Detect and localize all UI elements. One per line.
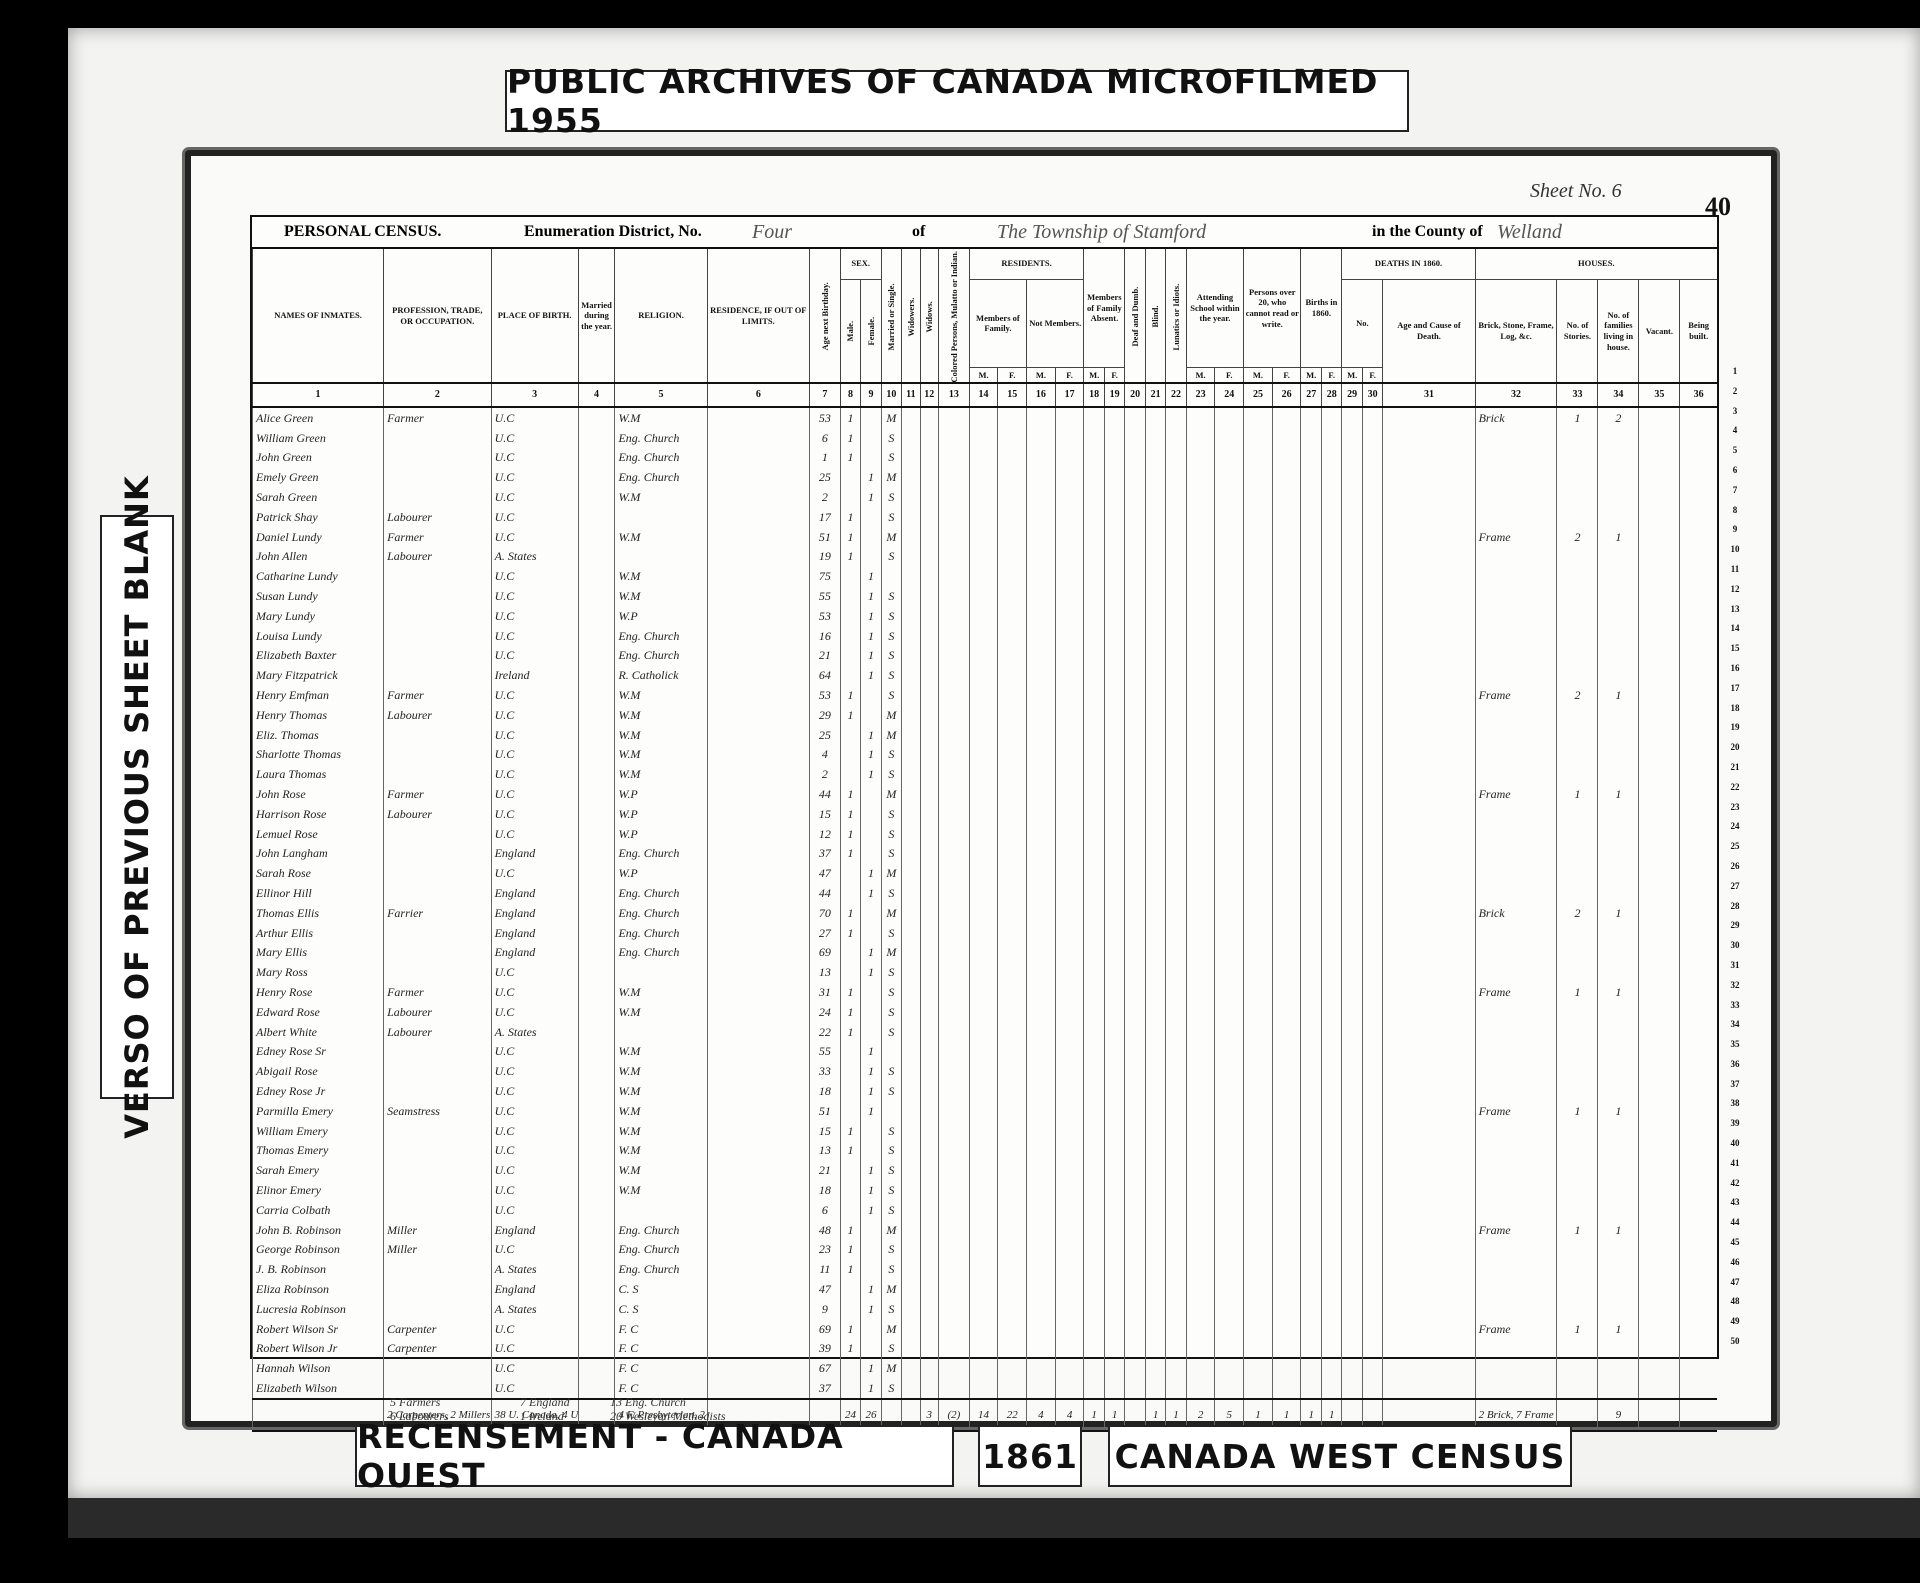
blank-cell [920, 1082, 938, 1102]
birthplace-cell: England [491, 1220, 578, 1240]
married-year-cell [578, 1319, 615, 1339]
blank-cell [1125, 507, 1145, 527]
blank-cell [1027, 1181, 1056, 1201]
female-cell: 1 [861, 1161, 881, 1181]
female-cell: 1 [861, 666, 881, 686]
occupation-cell [384, 1161, 492, 1181]
families-cell [1598, 1240, 1639, 1260]
occupation-cell: Farmer [384, 407, 492, 428]
blank-cell [969, 785, 998, 805]
house-type-cell: Frame [1475, 785, 1557, 805]
vacant-cell [1639, 804, 1680, 824]
blank-cell [1186, 785, 1215, 805]
religion-cell: Eng. Church [615, 1220, 707, 1240]
table-row: Laura ThomasU.CW.M21S [253, 765, 1718, 785]
male-cell [840, 1161, 860, 1181]
house-type-cell: Brick [1475, 903, 1557, 923]
being-built-cell [1680, 1359, 1717, 1379]
married-year-cell [578, 1141, 615, 1161]
blank-cell [1383, 606, 1475, 626]
blank-cell [1125, 1121, 1145, 1141]
blank-cell [1301, 1161, 1321, 1181]
blank-cell [1145, 983, 1165, 1003]
blank-cell [1186, 1200, 1215, 1220]
blank-cell [1383, 923, 1475, 943]
being-built-cell [1680, 1260, 1717, 1280]
blank-cell [1272, 1260, 1301, 1280]
blank-cell [1186, 567, 1215, 587]
blank-cell [902, 1319, 920, 1339]
female-cell: 1 [861, 1359, 881, 1379]
age-cell: 51 [810, 1101, 841, 1121]
blank-cell [902, 844, 920, 864]
occupation-cell [384, 963, 492, 983]
blank-cell [1104, 686, 1124, 706]
marital-status-cell: S [881, 884, 901, 904]
blank-cell [1104, 903, 1124, 923]
blank-cell [920, 1379, 938, 1400]
blank-cell [920, 407, 938, 428]
house-type-cell [1475, 1339, 1557, 1359]
header-f: F. [1104, 367, 1124, 383]
blank-cell [1215, 983, 1244, 1003]
blank-cell [1321, 1339, 1341, 1359]
residence-cell [707, 587, 809, 607]
occupation-cell: Seamstress [384, 1101, 492, 1121]
blank-cell [998, 804, 1027, 824]
blank-cell [1145, 884, 1165, 904]
birthplace-cell: U.C [491, 1062, 578, 1082]
blank-cell [1342, 587, 1362, 607]
blank-cell [939, 785, 970, 805]
families-cell: 1 [1598, 903, 1639, 923]
married-year-cell [578, 1359, 615, 1379]
blank-cell [1301, 1359, 1321, 1379]
birthplace-cell: U.C [491, 686, 578, 706]
blank-cell [1125, 765, 1145, 785]
blank-cell [1104, 407, 1124, 428]
blank-cell [1104, 1299, 1124, 1319]
blank-cell [1321, 527, 1341, 547]
blank-cell [1145, 1022, 1165, 1042]
blank-cell [998, 428, 1027, 448]
blank-cell [1321, 1002, 1341, 1022]
blank-cell [1166, 606, 1186, 626]
residence-cell [707, 1022, 809, 1042]
religion-cell: W.M [615, 725, 707, 745]
stories-cell [1557, 1339, 1598, 1359]
row-number: 40 [1715, 1134, 1755, 1154]
age-cell: 2 [810, 488, 841, 508]
families-cell: 2 [1598, 407, 1639, 428]
blank-cell [1125, 785, 1145, 805]
birthplace-cell: U.C [491, 448, 578, 468]
families-cell [1598, 963, 1639, 983]
blank-cell [920, 1121, 938, 1141]
residence-cell [707, 1141, 809, 1161]
blank-cell [1383, 844, 1475, 864]
blank-cell [902, 1161, 920, 1181]
blank-cell [1383, 666, 1475, 686]
blank-cell [1301, 943, 1321, 963]
male-cell: 1 [840, 527, 860, 547]
blank-cell [1321, 923, 1341, 943]
row-number: 44 [1715, 1213, 1755, 1233]
marital-status-cell: M [881, 785, 901, 805]
person-name-cell: Emely Green [253, 468, 384, 488]
blank-cell [1244, 745, 1273, 765]
blank-cell [1186, 488, 1215, 508]
blank-cell [1084, 864, 1104, 884]
blank-cell [1104, 1339, 1124, 1359]
blank-cell [1244, 686, 1273, 706]
male-cell [840, 725, 860, 745]
blank-cell [1215, 923, 1244, 943]
blank-cell [920, 1280, 938, 1300]
column-number: 19 [1104, 383, 1124, 407]
total-families: 9 [1598, 1399, 1639, 1431]
residence-cell [707, 1200, 809, 1220]
blank-cell [920, 884, 938, 904]
blank-cell [1321, 666, 1341, 686]
blank-cell [1186, 507, 1215, 527]
female-cell: 1 [861, 468, 881, 488]
blank-cell [969, 1319, 998, 1339]
marital-status-cell: M [881, 864, 901, 884]
blank-cell [920, 804, 938, 824]
blank-cell [1166, 1319, 1186, 1339]
married-year-cell [578, 1260, 615, 1280]
blank-cell [939, 1002, 970, 1022]
blank-cell [998, 606, 1027, 626]
blank-cell [1362, 448, 1382, 468]
table-row: Henry RoseFarmerU.CW.M311SFrame11 [253, 983, 1718, 1003]
occupation-cell: Farmer [384, 983, 492, 1003]
blank-cell [1383, 864, 1475, 884]
blank-cell [1027, 983, 1056, 1003]
blank-cell [1301, 864, 1321, 884]
blank-cell [1027, 1022, 1056, 1042]
married-year-cell [578, 1161, 615, 1181]
blank-cell [902, 705, 920, 725]
residence-cell [707, 1101, 809, 1121]
blank-cell [902, 1141, 920, 1161]
blank-cell [1362, 725, 1382, 745]
age-cell: 6 [810, 1200, 841, 1220]
birthplace-cell: U.C [491, 507, 578, 527]
marital-status-cell: S [881, 1062, 901, 1082]
blank-cell [1383, 1121, 1475, 1141]
blank-cell [1027, 725, 1056, 745]
blank-cell [1186, 448, 1215, 468]
blank-cell [1244, 1062, 1273, 1082]
blank-cell [939, 1280, 970, 1300]
blank-cell [920, 1161, 938, 1181]
being-built-cell [1680, 587, 1717, 607]
blank-cell [1186, 1240, 1215, 1260]
blank-cell [1215, 1181, 1244, 1201]
blank-cell [920, 1260, 938, 1280]
blank-cell [1342, 626, 1362, 646]
blank-cell [1084, 1280, 1104, 1300]
blank-cell [969, 765, 998, 785]
blank-cell [1383, 448, 1475, 468]
blank-cell [902, 626, 920, 646]
blank-cell [939, 1220, 970, 1240]
blank-cell [1084, 705, 1104, 725]
blank-cell [998, 448, 1027, 468]
age-cell: 33 [810, 1062, 841, 1082]
blank-cell [998, 1339, 1027, 1359]
blank-cell [920, 1319, 938, 1339]
blank-cell [1383, 1240, 1475, 1260]
blank-cell [1383, 1181, 1475, 1201]
female-cell: 1 [861, 725, 881, 745]
blank-cell [1055, 606, 1084, 626]
birthplace-cell: U.C [491, 725, 578, 745]
male-cell [840, 1379, 860, 1400]
blank-cell [1342, 527, 1362, 547]
blank-cell [1342, 983, 1362, 1003]
blank-cell [902, 606, 920, 626]
blank-cell [920, 1359, 938, 1379]
families-cell [1598, 943, 1639, 963]
birthplace-cell: A. States [491, 1260, 578, 1280]
blank-cell [1321, 428, 1341, 448]
blank-cell [1145, 1319, 1165, 1339]
stories-cell: 1 [1557, 983, 1598, 1003]
residence-cell [707, 488, 809, 508]
blank-cell [1055, 1002, 1084, 1022]
married-year-cell [578, 567, 615, 587]
blank-cell [1084, 606, 1104, 626]
blank-cell [1321, 1121, 1341, 1141]
house-type-cell [1475, 468, 1557, 488]
blank-cell [1272, 606, 1301, 626]
blank-cell [1321, 765, 1341, 785]
blank-cell [1244, 1141, 1273, 1161]
blank-cell [1104, 923, 1124, 943]
blank-cell [1166, 923, 1186, 943]
religion-cell: W.M [615, 1161, 707, 1181]
row-number: 37 [1715, 1075, 1755, 1095]
families-cell [1598, 824, 1639, 844]
house-type-cell: Frame [1475, 686, 1557, 706]
blank-cell [1272, 448, 1301, 468]
blank-cell [969, 488, 998, 508]
blank-cell [1166, 1220, 1186, 1240]
blank-cell [1055, 844, 1084, 864]
being-built-cell [1680, 923, 1717, 943]
table-row: Louisa LundyU.CEng. Church161S [253, 626, 1718, 646]
occupation-cell: Carpenter [384, 1339, 492, 1359]
religion-cell: W.M [615, 407, 707, 428]
vacant-cell [1639, 507, 1680, 527]
stories-cell [1557, 824, 1598, 844]
blank-cell [1145, 646, 1165, 666]
age-cell: 23 [810, 1240, 841, 1260]
blank-cell [1125, 1141, 1145, 1161]
religion-cell: W.M [615, 587, 707, 607]
blank-cell [1104, 884, 1124, 904]
blank-cell [1215, 1260, 1244, 1280]
occupation-cell [384, 468, 492, 488]
blank-cell [1166, 1200, 1186, 1220]
house-type-cell [1475, 448, 1557, 468]
female-cell: 1 [861, 963, 881, 983]
blank-cell [1027, 1260, 1056, 1280]
blank-cell [939, 943, 970, 963]
blank-cell [1321, 507, 1341, 527]
blank-cell [1301, 1062, 1321, 1082]
age-cell: 15 [810, 1121, 841, 1141]
blank-cell [1055, 587, 1084, 607]
blank-cell [1166, 507, 1186, 527]
blank-cell [1027, 824, 1056, 844]
marital-status-cell: M [881, 943, 901, 963]
being-built-cell [1680, 745, 1717, 765]
blank-cell [1027, 686, 1056, 706]
blank-cell [920, 567, 938, 587]
table-row: Thomas EllisFarrierEnglandEng. Church701… [253, 903, 1718, 923]
blank-cell [1084, 1101, 1104, 1121]
residence-cell [707, 507, 809, 527]
blank-cell [1342, 844, 1362, 864]
blank-cell [1383, 725, 1475, 745]
house-type-cell [1475, 567, 1557, 587]
birthplace-cell: U.C [491, 567, 578, 587]
blank-cell [969, 407, 998, 428]
male-cell: 1 [840, 844, 860, 864]
stories-cell [1557, 428, 1598, 448]
table-row: Sarah RoseU.CW.P471M [253, 864, 1718, 884]
blank-cell [1362, 1280, 1382, 1300]
column-number: 32 [1475, 383, 1557, 407]
person-name-cell: Henry Rose [253, 983, 384, 1003]
marital-status-cell: S [881, 1141, 901, 1161]
blank-cell [1055, 1319, 1084, 1339]
male-cell [840, 1062, 860, 1082]
residence-cell [707, 884, 809, 904]
marital-status-cell: S [881, 1121, 901, 1141]
table-row: Sarah GreenU.CW.M21S [253, 488, 1718, 508]
age-cell: 15 [810, 804, 841, 824]
blank-cell [1145, 1121, 1165, 1141]
age-cell: 16 [810, 626, 841, 646]
blank-cell [1104, 943, 1124, 963]
birthplace-cell: U.C [491, 428, 578, 448]
blank-cell [1084, 725, 1104, 745]
person-name-cell: John Allen [253, 547, 384, 567]
blank-cell [1215, 844, 1244, 864]
blank-cell [1342, 428, 1362, 448]
married-year-cell [578, 824, 615, 844]
blank-cell [998, 1379, 1027, 1400]
blank-cell [1362, 507, 1382, 527]
house-type-cell [1475, 923, 1557, 943]
being-built-cell [1680, 963, 1717, 983]
blank-cell [1215, 1280, 1244, 1300]
district-label: Enumeration District, No. [524, 223, 702, 241]
house-type-cell [1475, 705, 1557, 725]
blank-cell [1104, 1240, 1124, 1260]
blank-cell [998, 1141, 1027, 1161]
married-year-cell [578, 1042, 615, 1062]
marital-status-cell: S [881, 745, 901, 765]
blank-cell [1186, 844, 1215, 864]
residence-cell [707, 1181, 809, 1201]
header-colored: Colored Persons, Mulatto or Indian. [939, 249, 970, 383]
being-built-cell [1680, 407, 1717, 428]
blank-cell [1125, 567, 1145, 587]
person-name-cell: Elizabeth Baxter [253, 646, 384, 666]
blank-cell [1166, 1299, 1186, 1319]
blank-cell [1342, 686, 1362, 706]
marital-status-cell [881, 1042, 901, 1062]
house-type-cell [1475, 507, 1557, 527]
stories-cell: 2 [1557, 686, 1598, 706]
occupation-cell [384, 943, 492, 963]
blank-cell [1342, 705, 1362, 725]
being-built-cell [1680, 824, 1717, 844]
blank-cell [1166, 1042, 1186, 1062]
blank-cell [1055, 1161, 1084, 1181]
blank-cell [1145, 666, 1165, 686]
families-cell [1598, 448, 1639, 468]
blank-cell [939, 1042, 970, 1062]
column-number: 18 [1084, 383, 1104, 407]
blank-cell [902, 864, 920, 884]
stories-cell [1557, 765, 1598, 785]
residence-cell [707, 785, 809, 805]
residence-cell [707, 1280, 809, 1300]
male-cell [840, 666, 860, 686]
vacant-cell [1639, 705, 1680, 725]
blank-cell [1342, 547, 1362, 567]
stories-cell [1557, 804, 1598, 824]
religion-cell: F. C [615, 1319, 707, 1339]
blank-cell [1362, 765, 1382, 785]
male-cell: 1 [840, 547, 860, 567]
blank-cell [1244, 1240, 1273, 1260]
blank-cell [1301, 1280, 1321, 1300]
header-f: F. [1055, 367, 1084, 383]
blank-cell [902, 1042, 920, 1062]
blank-cell [920, 844, 938, 864]
column-number: 9 [861, 383, 881, 407]
stories-cell [1557, 1280, 1598, 1300]
blank-cell [1321, 488, 1341, 508]
vacant-cell [1639, 1002, 1680, 1022]
blank-cell [1104, 488, 1124, 508]
blank-cell [1145, 468, 1165, 488]
blank-cell [1362, 705, 1382, 725]
families-cell [1598, 1280, 1639, 1300]
blank-cell [1215, 626, 1244, 646]
person-name-cell: Elizabeth Wilson [253, 1379, 384, 1400]
table-row: Robert Wilson JrCarpenterU.CF. C391S [253, 1339, 1718, 1359]
recensement-text: RECENSEMENT - CANADA OUEST [357, 1417, 952, 1495]
female-cell [861, 1240, 881, 1260]
blank-cell [1244, 963, 1273, 983]
header-m: M. [1027, 367, 1056, 383]
blank-cell [1301, 1121, 1321, 1141]
vacant-cell [1639, 1220, 1680, 1240]
blank-cell [902, 1379, 920, 1400]
blank-cell [1145, 407, 1165, 428]
male-cell: 1 [840, 785, 860, 805]
blank-cell [1383, 804, 1475, 824]
